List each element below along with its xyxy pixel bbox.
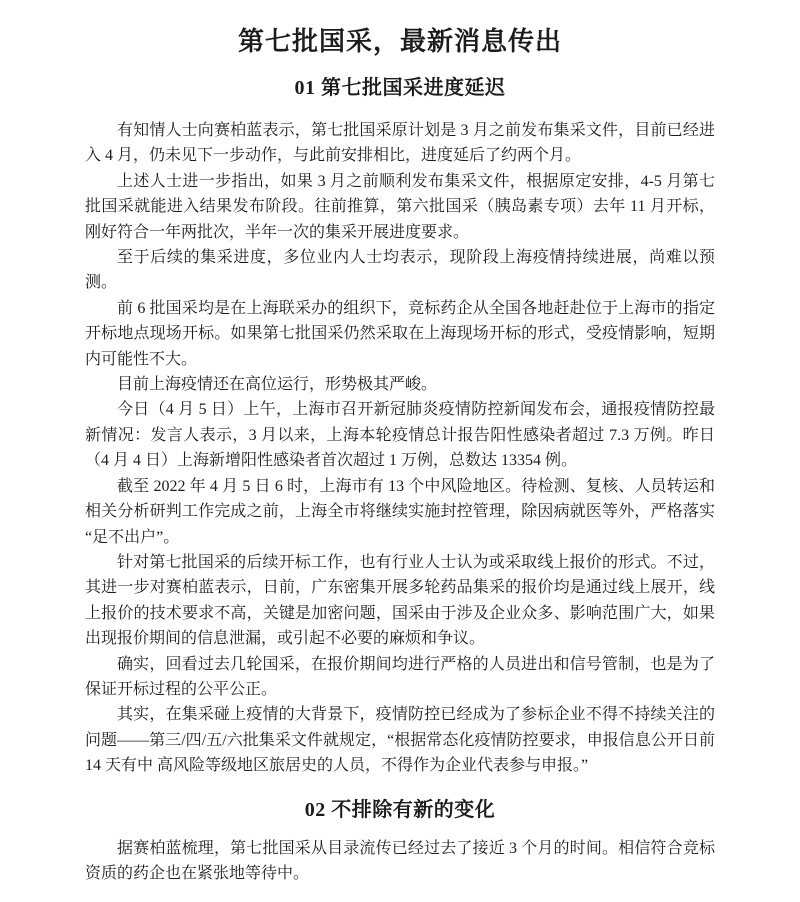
paragraph-2: 上述人士进一步指出，如果 3 月之前顺利发布集采文件，根据原定安排，4-5 月第… <box>85 169 715 245</box>
paragraph-7: 截至 2022 年 4 月 5 日 6 时，上海市有 13 个中风险地区。待检测… <box>85 474 715 550</box>
paragraph-8: 针对第七批国采的后续开标工作，也有行业人士认为或采取线上报价的形式。不过，其进一… <box>85 550 715 652</box>
paragraph-11: 据赛柏蓝梳理，第七批国采从目录流传已经过去了接近 3 个月的时间。相信符合竞标资… <box>85 836 715 887</box>
paragraph-1: 有知情人士向赛柏蓝表示，第七批国采原计划是 3 月之前发布集采文件，目前已经进入… <box>85 118 715 169</box>
article-page: 第七批国采，最新消息传出 01 第七批国采进度延迟 有知情人士向赛柏蓝表示，第七… <box>0 0 800 902</box>
paragraph-3: 至于后续的集采进度，多位业内人士均表示，现阶段上海疫情持续进展，尚难以预测。 <box>85 245 715 296</box>
paragraph-6: 今日（4 月 5 日）上午，上海市召开新冠肺炎疫情防控新闻发布会，通报疫情防控最… <box>85 397 715 473</box>
section-01-heading: 01 第七批国采进度延迟 <box>85 74 715 102</box>
article-title: 第七批国采，最新消息传出 <box>85 24 715 60</box>
section-01: 01 第七批国采进度延迟 有知情人士向赛柏蓝表示，第七批国采原计划是 3 月之前… <box>85 74 715 779</box>
paragraph-5: 目前上海疫情还在高位运行，形势极其严峻。 <box>85 372 715 397</box>
section-02-heading: 02 不排除有新的变化 <box>85 796 715 824</box>
paragraph-9: 确实，回看过去几轮国采，在报价期间均进行严格的人员进出和信号管制，也是为了保证开… <box>85 652 715 703</box>
paragraph-10: 其实，在集采碰上疫情的大背景下，疫情防控已经成为了参标企业不得不持续关注的问题—… <box>85 702 715 778</box>
section-02: 02 不排除有新的变化 据赛柏蓝梳理，第七批国采从目录流传已经过去了接近 3 个… <box>85 796 715 887</box>
paragraph-4: 前 6 批国采均是在上海联采办的组织下，竞标药企从全国各地赶赴位于上海市的指定开… <box>85 296 715 372</box>
